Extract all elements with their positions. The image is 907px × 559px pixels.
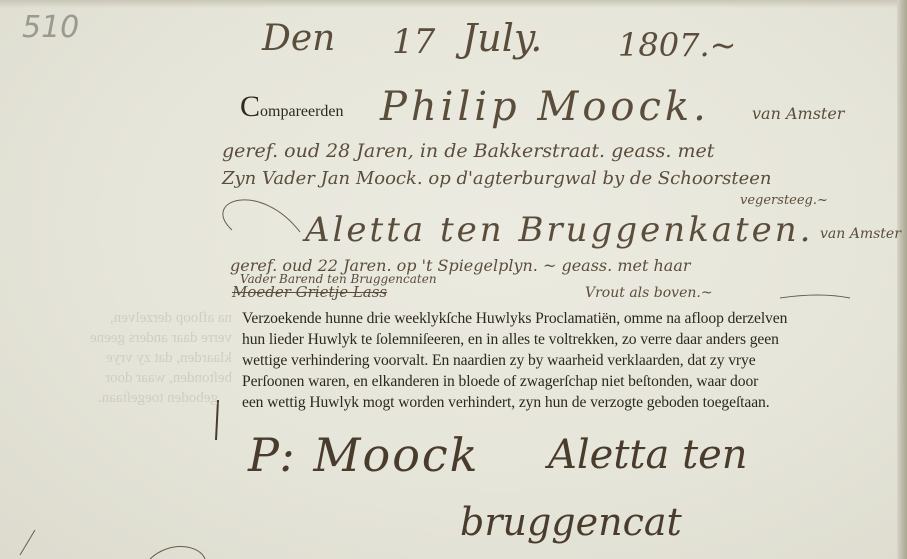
signature-bride-1: Aletta ten: [548, 432, 748, 478]
signature-bride-2: bruggencat: [460, 500, 682, 544]
printed-line: hun lieder Huwlyk te ſolemniſeeren, en i…: [242, 331, 779, 349]
bleed-line: geboden toegeſtaan.: [98, 388, 218, 408]
printed-line: wettige verhindering voorvalt. En naardi…: [242, 352, 756, 370]
printed-line: Perſoonen waren, en elkanderen in bloede…: [242, 373, 758, 391]
bleed-line: verre daar anders geene: [90, 328, 232, 348]
bleed-line: klaarden, dat zy vrye: [106, 348, 232, 368]
printed-line: een wettig Huwlyk mogt worden verhindert…: [242, 394, 770, 412]
bleed-line: na afloop derzelven,: [110, 308, 232, 328]
signature-groom: P: Moock: [248, 428, 480, 482]
bleed-line: beſtonden, waar door: [105, 368, 232, 388]
printed-line: Verzoekende hunne drie weeklykſche Huwly…: [242, 310, 787, 328]
